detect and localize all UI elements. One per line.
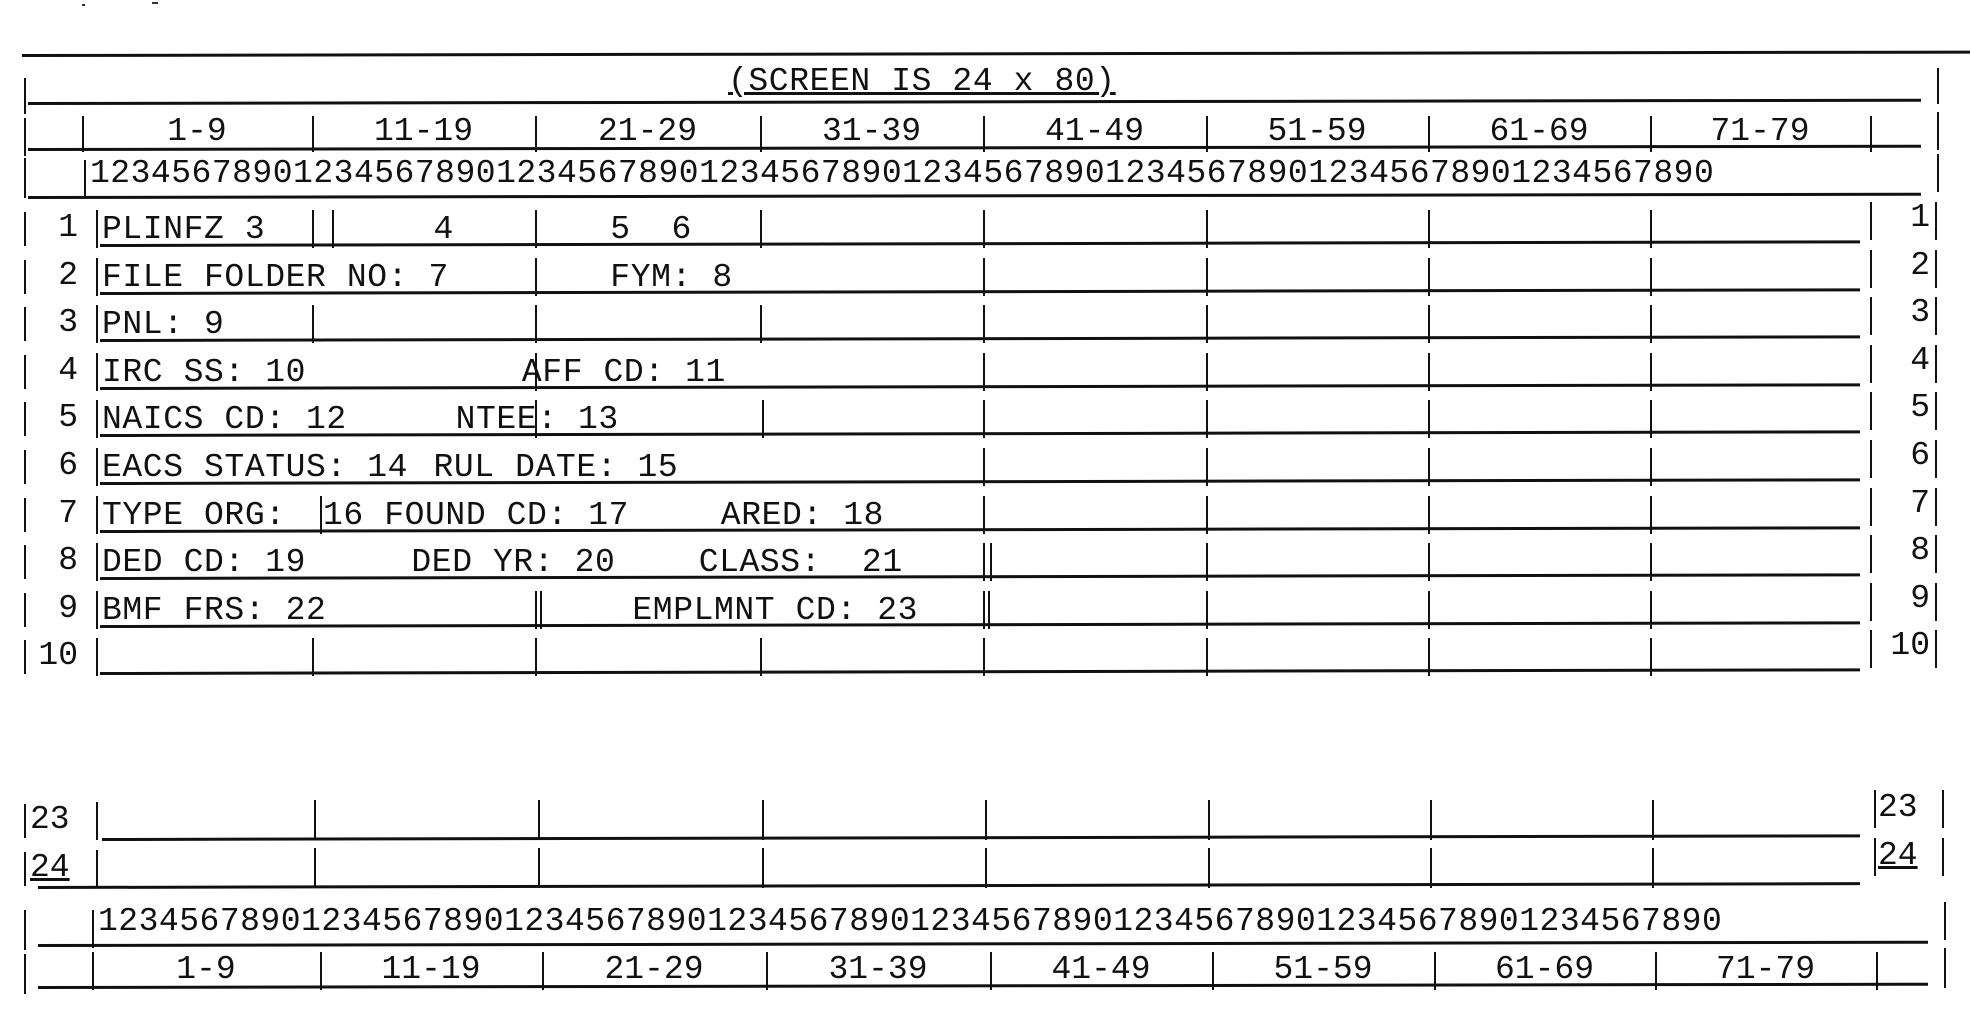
column-sep [535, 305, 537, 343]
column-sep [1428, 591, 1430, 629]
screen-field: EMPLMNT CD: 23 [632, 593, 918, 629]
field-sep [760, 305, 762, 343]
column-sep [983, 353, 985, 391]
row-number-left: 3 [28, 305, 78, 341]
column-sep [1206, 591, 1208, 629]
field-sep [320, 496, 322, 534]
row-right-sep [1870, 535, 1872, 573]
row-label-sep [96, 850, 98, 888]
column-sep [1650, 210, 1652, 248]
column-sep [1206, 496, 1208, 534]
row-number-left: 8 [28, 543, 78, 579]
row-number-right: 24 [1874, 838, 1934, 874]
row-underline [100, 621, 1860, 628]
screen-field: FYM: 8 [610, 260, 732, 296]
scan-speck [82, 4, 85, 6]
row-right-border [1935, 392, 1937, 430]
row-label-sep [96, 802, 98, 840]
row-left-border [24, 355, 26, 389]
row-number-right: 9 [1876, 581, 1930, 617]
row-right-border [1935, 202, 1937, 240]
column-sep [1650, 448, 1652, 486]
row-number-right: 1 [1876, 200, 1930, 236]
screen-field: DED CD: 19 [102, 545, 306, 581]
column-sep [1428, 543, 1430, 581]
row-right-sep [1870, 345, 1872, 383]
field-sep [312, 638, 314, 676]
scan-speck [152, 2, 158, 4]
column-sep [1428, 210, 1430, 248]
left-border-range [24, 118, 26, 156]
row-number-right: 10 [1876, 628, 1930, 664]
row-right-sep [1870, 297, 1872, 335]
column-range-label: 1-9 [92, 952, 320, 988]
column-sep [538, 848, 540, 888]
row-underline [38, 882, 1860, 889]
left-border-bottom-ruler [24, 910, 26, 950]
row-right-sep [1870, 202, 1872, 240]
top-border [22, 51, 1970, 57]
column-sep [1428, 400, 1430, 438]
column-sep [985, 848, 987, 888]
row-number-left: 10 [28, 638, 78, 674]
row-right-border [1935, 297, 1937, 335]
column-sep [1652, 800, 1654, 840]
column-sep [535, 210, 537, 248]
row-right-sep [1870, 392, 1872, 430]
column-sep [1206, 210, 1208, 248]
column-range-label: 1-9 [82, 114, 312, 150]
row-left-border [24, 260, 26, 294]
row-right-sep [1870, 440, 1872, 478]
column-range-label: 51-59 [1212, 952, 1434, 988]
row-label-sep [96, 496, 98, 534]
screen-field: TYPE ORG: [102, 498, 286, 534]
row-underline [100, 240, 1860, 247]
column-range-label: 31-39 [766, 952, 990, 988]
row-number-left: 23 [24, 802, 86, 838]
top-ruler-underline [28, 193, 1921, 199]
column-sep [1206, 543, 1208, 581]
row-right-sep [1870, 630, 1872, 668]
row-underline [100, 383, 1860, 390]
column-sep [983, 496, 985, 534]
row-number-left: 2 [28, 258, 78, 294]
column-sep [983, 543, 985, 581]
column-sep [1428, 353, 1430, 391]
row-underline [100, 573, 1860, 580]
row-right-border [1935, 440, 1937, 478]
screen-field: FILE FOLDER NO: 7 [102, 260, 449, 296]
field-sep [760, 210, 762, 248]
row-number-left: 6 [28, 448, 78, 484]
column-range-label: 21-29 [535, 114, 760, 150]
column-range-label: 11-19 [312, 114, 535, 150]
row-left-border [24, 307, 26, 341]
row-underline [102, 834, 1860, 841]
column-sep [985, 800, 987, 840]
column-sep [312, 210, 314, 248]
row-right-sep [1870, 488, 1872, 526]
row-label-sep [96, 258, 98, 296]
screen-field: 5 6 [610, 212, 692, 248]
column-sep [1206, 448, 1208, 486]
column-sep [983, 305, 985, 343]
row-right-border [1935, 250, 1937, 288]
row-right-border [1942, 838, 1944, 876]
field-sep [762, 400, 764, 438]
row-left-border [24, 498, 26, 532]
field-sep [988, 591, 990, 629]
row-number-right: 23 [1874, 790, 1934, 826]
row-label-sep [96, 448, 98, 486]
row-right-border [1942, 790, 1944, 828]
column-sep [1206, 305, 1208, 343]
row-number-left: 9 [28, 591, 78, 627]
row-right-border [1935, 535, 1937, 573]
column-sep [1652, 848, 1654, 888]
column-sep [762, 800, 764, 840]
column-sep [1206, 258, 1208, 296]
column-range-label: 31-39 [760, 114, 983, 150]
column-sep [1428, 638, 1430, 676]
ruler-start-sep [84, 160, 86, 198]
row-number-right: 2 [1876, 248, 1930, 284]
row-underline [100, 335, 1860, 342]
left-border-title [24, 78, 26, 114]
column-sep [983, 591, 985, 629]
screen-field: NTEE: 13 [456, 402, 619, 438]
row-number-right: 7 [1876, 486, 1930, 522]
column-range-label: 11-19 [320, 952, 542, 988]
screen-title: (SCREEN IS 24 x 80) [728, 64, 1116, 100]
screen-field: 16 FOUND CD: 17 [323, 498, 629, 534]
screen-field: AFF CD: 11 [522, 355, 726, 391]
row-number-left: 24 [24, 850, 86, 886]
screen-field: IRC SS: 10 [102, 355, 306, 391]
column-sep [1650, 543, 1652, 581]
row-right-sep [1870, 250, 1872, 288]
field-sep [312, 305, 314, 343]
column-sep [1206, 353, 1208, 391]
row-label-sep [96, 400, 98, 438]
column-sep [983, 258, 985, 296]
column-range-label: 21-29 [542, 952, 766, 988]
right-border-range [1937, 112, 1939, 150]
column-sep [538, 800, 540, 840]
row-label-sep [96, 543, 98, 581]
screen-field: RUL DATE: 15 [434, 450, 679, 486]
column-sep [1430, 800, 1432, 840]
column-sep [983, 400, 985, 438]
column-sep [535, 638, 537, 676]
column-sep [983, 210, 985, 248]
screen-field: 4 [434, 212, 454, 248]
row-underline [100, 430, 1860, 437]
row-left-border [24, 402, 26, 436]
column-sep [535, 591, 537, 629]
left-border-ruler [24, 158, 26, 198]
column-sep [1650, 258, 1652, 296]
column-sep [1428, 448, 1430, 486]
row-right-border [1935, 583, 1937, 621]
field-sep [535, 258, 537, 296]
column-sep [983, 448, 985, 486]
field-sep [332, 210, 334, 248]
column-sep [314, 848, 316, 888]
column-sep [1650, 305, 1652, 343]
column-sep [983, 638, 985, 676]
row-label-sep [96, 591, 98, 629]
row-number-left: 4 [28, 353, 78, 389]
screen-field: EACS STATUS: 14 [102, 450, 408, 486]
screen-field: PLINFZ 3 [102, 212, 265, 248]
column-sep [1208, 848, 1210, 888]
column-sep [1430, 848, 1432, 888]
column-sep [1650, 638, 1652, 676]
column-sep [1650, 400, 1652, 438]
row-label-sep [96, 305, 98, 343]
row-right-border [1935, 345, 1937, 383]
screen-field: ARED: 18 [721, 498, 884, 534]
row-number-right: 5 [1876, 390, 1930, 426]
row-left-border [24, 212, 26, 246]
row-number-left: 1 [28, 210, 78, 246]
row-left-border [24, 593, 26, 627]
row-number-right: 8 [1876, 533, 1930, 569]
column-sep [1428, 496, 1430, 534]
row-underline [100, 668, 1860, 675]
field-sep [540, 591, 542, 629]
column-sep [1428, 258, 1430, 296]
column-range-label: 41-49 [983, 114, 1206, 150]
top-column-ruler: 1234567890123456789012345678901234567890… [90, 156, 1714, 192]
column-range-label: 51-59 [1206, 114, 1428, 150]
column-sep [1650, 353, 1652, 391]
column-sep [1206, 400, 1208, 438]
column-sep [1650, 496, 1652, 534]
bottom-ruler-underline [38, 941, 1928, 947]
screen-field: PNL: 9 [102, 307, 224, 343]
row-right-border [1935, 630, 1937, 668]
row-left-border [24, 450, 26, 484]
column-sep [1208, 800, 1210, 840]
column-sep [1650, 591, 1652, 629]
column-sep [762, 848, 764, 888]
bottom-column-ruler: 1234567890123456789012345678901234567890… [98, 904, 1722, 940]
screen-field: DED YR: 20 [411, 545, 615, 581]
bottom-ruler-start-sep [92, 910, 94, 948]
row-left-border [24, 640, 26, 674]
row-label-sep [96, 353, 98, 391]
row-number-right: 3 [1876, 295, 1930, 331]
right-border-ruler [1937, 154, 1939, 192]
screen-field: NAICS CD: 12 [102, 402, 347, 438]
column-sep [1206, 638, 1208, 676]
field-sep [760, 638, 762, 676]
row-label-sep [96, 638, 98, 676]
right-border-bottom-ruler [1944, 902, 1946, 940]
row-right-sep [1870, 583, 1872, 621]
row-number-left: 5 [28, 400, 78, 436]
right-border-range [1944, 948, 1946, 988]
row-number-left: 7 [28, 496, 78, 532]
right-border-title [1937, 68, 1939, 104]
field-sep [990, 543, 992, 581]
column-range-label: 41-49 [990, 952, 1212, 988]
row-left-border [24, 545, 26, 579]
column-sep [1428, 305, 1430, 343]
left-border-range [24, 954, 26, 994]
row-number-right: 4 [1876, 343, 1930, 379]
row-number-right: 6 [1876, 438, 1930, 474]
screen-field: BMF FRS: 22 [102, 593, 326, 629]
row-right-border [1935, 488, 1937, 526]
row-label-sep [96, 210, 98, 248]
column-sep [314, 800, 316, 840]
screen-field: CLASS: 21 [699, 545, 903, 581]
